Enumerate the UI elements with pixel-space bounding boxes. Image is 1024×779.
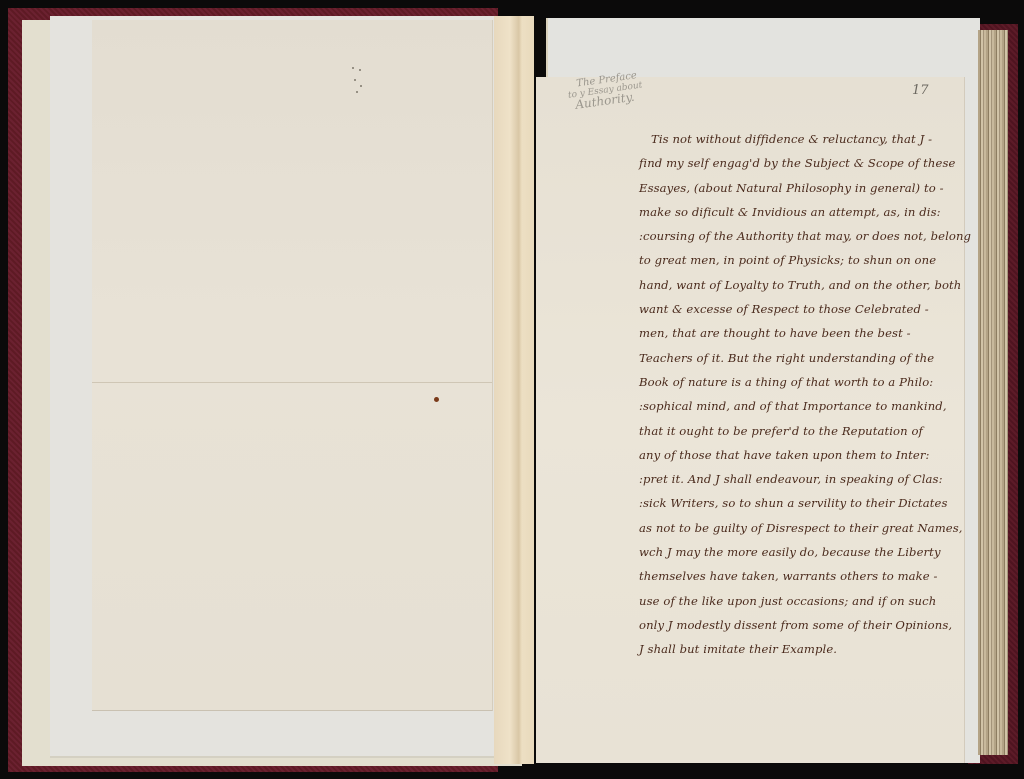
manuscript-line: hand, want of Loyalty to Truth, and on t… bbox=[639, 273, 964, 297]
manuscript-line: as not to be guilty of Disrespect to the… bbox=[639, 516, 964, 540]
manuscript-line: :pret it. And J shall endeavour, in spea… bbox=[639, 467, 964, 491]
manuscript-line: :coursing of the Authority that may, or … bbox=[639, 224, 964, 248]
right-page: The Preface to y Essay about Authority. … bbox=[536, 77, 965, 763]
ink-stain bbox=[434, 397, 439, 402]
manuscript-line: themselves have taken, warrants others t… bbox=[639, 564, 964, 588]
manuscript-line: Book of nature is a thing of that worth … bbox=[639, 370, 964, 394]
manuscript-line: :sophical mind, and of that Importance t… bbox=[639, 394, 964, 418]
manuscript-line: that it ought to be prefer'd to the Repu… bbox=[639, 419, 964, 443]
manuscript-line: use of the like upon just occasions; and… bbox=[639, 589, 964, 613]
manuscript-line: Essayes, (about Natural Philosophy in ge… bbox=[639, 176, 964, 200]
gutter bbox=[494, 16, 534, 764]
manuscript-line: only J modestly dissent from some of the… bbox=[639, 613, 964, 637]
manuscript-line: wch J may the more easily do, because th… bbox=[639, 540, 964, 564]
manuscript-line: find my self engag'd by the Subject & Sc… bbox=[639, 151, 964, 175]
pinholes bbox=[350, 65, 366, 95]
manuscript-line: :sick Writers, so to shun a servility to… bbox=[639, 491, 964, 515]
page-edges bbox=[978, 30, 1008, 755]
manuscript-line: Tis not without diffidence & reluctancy,… bbox=[639, 127, 964, 151]
manuscript-line: J shall but imitate their Example. bbox=[639, 637, 964, 661]
folio-number: 17 bbox=[912, 83, 929, 98]
manuscript-line: any of those that have taken upon them t… bbox=[639, 443, 964, 467]
manuscript-viewer: The Preface to y Essay about Authority. … bbox=[0, 0, 1024, 779]
manuscript-line: to great men, in point of Physicks; to s… bbox=[639, 248, 964, 272]
manuscript-line: make so dificult & Invidious an attempt,… bbox=[639, 200, 964, 224]
fold-line bbox=[92, 382, 492, 383]
manuscript-line: Teachers of it. But the right understand… bbox=[639, 346, 964, 370]
manuscript-line: men, that are thought to have been the b… bbox=[639, 321, 964, 345]
manuscript-line: want & excesse of Respect to those Celeb… bbox=[639, 297, 964, 321]
left-page bbox=[92, 20, 493, 711]
manuscript-text: Tis not without diffidence & reluctancy,… bbox=[639, 127, 964, 662]
